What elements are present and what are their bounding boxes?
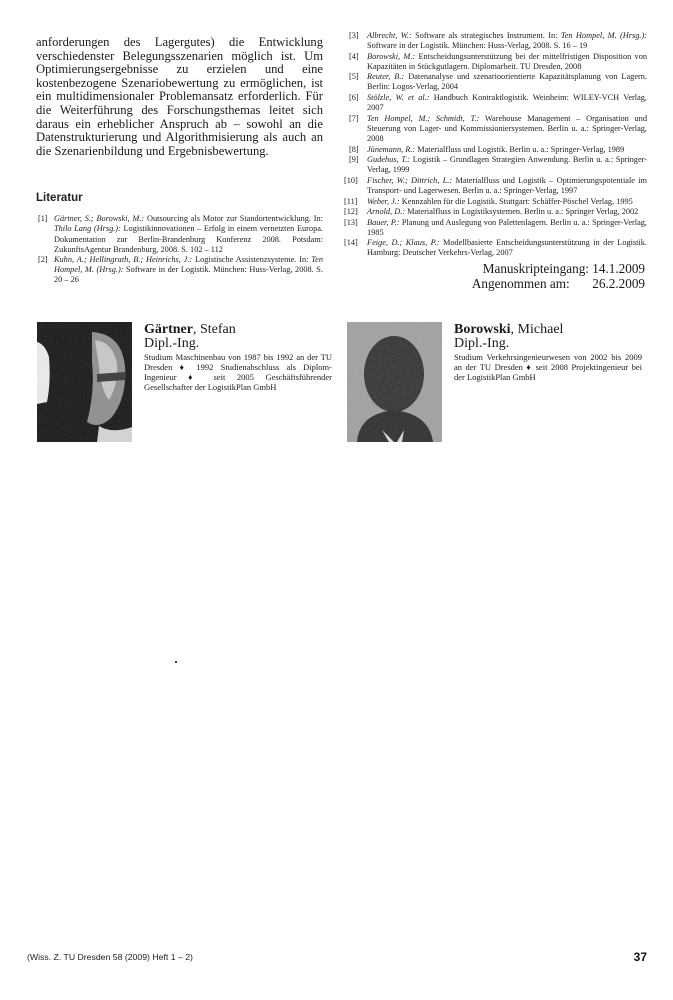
accepted-date: 26.2.2009	[573, 276, 645, 291]
reference-editor: Ten Hompel, M. (Hrsg.):	[561, 31, 647, 40]
reference-authors: Fischer, W.; Dittrich, L.:	[367, 176, 452, 185]
reference-authors: Arnold, D.:	[367, 207, 405, 216]
reference-item: [14]Feige, D.; Klaus, P.: Modellbasierte…	[347, 238, 647, 258]
received-label: Manuskripteingang:	[483, 261, 589, 276]
reference-number: [13]	[344, 218, 358, 228]
reference-number: [5]	[349, 72, 359, 82]
reference-number: [3]	[349, 31, 359, 41]
scan-speck	[175, 661, 177, 663]
reference-number: [1]	[38, 214, 48, 224]
reference-authors: Weber, J.:	[367, 197, 400, 206]
reference-item: [10]Fischer, W.; Dittrich, L.: Materialf…	[347, 176, 647, 196]
author-photo	[37, 322, 132, 442]
reference-item: [3]Albrecht, W.: Software als strategisc…	[347, 31, 647, 51]
received-row: Manuskripteingang: 14.1.2009	[347, 261, 645, 276]
reference-list-right: [3]Albrecht, W.: Software als strategisc…	[347, 31, 647, 259]
reference-editor: Thilo Lang (Hrsg.):	[54, 224, 121, 233]
author-photo	[347, 322, 442, 442]
reference-title: Materialfluss in Logistiksystemen. Berli…	[405, 207, 638, 216]
reference-item: [7]Ten Hompel, M.; Schmidt, T.: Warehous…	[347, 114, 647, 144]
reference-authors: Feige, D.; Klaus, P.:	[367, 238, 440, 247]
reference-number: [6]	[349, 93, 359, 103]
body-paragraph: anforderungen des Lagergutes) die Entwic…	[36, 36, 323, 158]
reference-authors: Borowski, M.:	[367, 52, 415, 61]
author-given-name: , Michael	[511, 322, 564, 337]
reference-source: Software in der Logistik. München: Huss-…	[367, 41, 587, 50]
author-card: Gärtner, Stefan Dipl.-Ing. Studium Masch…	[37, 322, 337, 442]
reference-item: [9]Gudehus, T.: Logistik – Grundlagen St…	[347, 155, 647, 175]
reference-number: [4]	[349, 52, 359, 62]
author-surname: Borowski	[454, 322, 511, 337]
author-given-name: , Stefan	[193, 322, 236, 337]
reference-number: [2]	[38, 255, 48, 265]
reference-authors: Albrecht, W.:	[367, 31, 412, 40]
portrait-icon	[347, 322, 442, 442]
reference-number: [9]	[349, 155, 359, 165]
reference-authors: Stölzle, W. et al.:	[367, 93, 430, 102]
journal-citation: (Wiss. Z. TU Dresden 58 (2009) Heft 1 – …	[27, 952, 193, 962]
manuscript-dates: Manuskripteingang: 14.1.2009 Angenommen …	[347, 261, 647, 291]
reference-authors: Reuter, B.:	[367, 72, 404, 81]
reference-authors: Jünemann, R.:	[367, 145, 415, 154]
reference-title: Outsourcing als Motor zur Standortentwic…	[144, 214, 323, 223]
author-surname: Gärtner	[144, 322, 193, 337]
reference-number: [8]	[349, 145, 359, 155]
author-bio: Borowski, Michael Dipl.-Ing. Studium Ver…	[454, 322, 642, 382]
reference-item: [12]Arnold, D.: Materialfluss in Logisti…	[347, 207, 647, 217]
author-name: Gärtner, Stefan	[144, 322, 332, 337]
reference-number: [10]	[344, 176, 358, 186]
reference-authors: Kuhn, A.; Hellingrath, B.; Heinrichs, J.…	[54, 255, 192, 264]
reference-authors: Bauer, P.:	[367, 218, 400, 227]
reference-item: [8]Jünemann, R.: Materialfluss und Logis…	[347, 145, 647, 155]
reference-item: [1]Gärtner, S.; Borowski, M.: Outsourcin…	[36, 214, 323, 254]
left-column: anforderungen des Lagergutes) die Entwic…	[36, 36, 323, 286]
reference-number: [12]	[344, 207, 358, 217]
accepted-label: Angenommen am:	[472, 276, 570, 291]
reference-item: [4]Borowski, M.: Entscheidungsunterstütz…	[347, 52, 647, 72]
author-description: Studium Maschinenbau von 1987 bis 1992 a…	[144, 352, 332, 392]
reference-item: [11]Weber, J.: Kennzahlen für die Logist…	[347, 197, 647, 207]
right-column: [3]Albrecht, W.: Software als strategisc…	[347, 31, 647, 291]
references-heading: Literatur	[36, 192, 323, 204]
reference-title: Datenanalyse und szenarioorientierte Kap…	[367, 72, 647, 91]
reference-title: Kennzahlen für die Logistik. Stuttgart: …	[400, 197, 633, 206]
reference-list-left: [1]Gärtner, S.; Borowski, M.: Outsourcin…	[36, 214, 323, 285]
author-name: Borowski, Michael	[454, 322, 642, 337]
reference-item: [5]Reuter, B.: Datenanalyse und szenario…	[347, 72, 647, 92]
reference-item: [2]Kuhn, A.; Hellingrath, B.; Heinrichs,…	[36, 255, 323, 285]
page-number: 37	[634, 950, 647, 964]
author-degree: Dipl.-Ing.	[454, 337, 642, 351]
author-bio: Gärtner, Stefan Dipl.-Ing. Studium Masch…	[144, 322, 332, 392]
reference-title: Logistische Assistenzsysteme. In:	[192, 255, 311, 264]
received-date: 14.1.2009	[592, 261, 645, 276]
page-footer: (Wiss. Z. TU Dresden 58 (2009) Heft 1 – …	[27, 952, 647, 968]
reference-authors: Gudehus, T.:	[367, 155, 410, 164]
accepted-row: Angenommen am: 26.2.2009	[347, 276, 645, 291]
portrait-icon	[37, 322, 132, 442]
reference-title: Planung und Auslegung von Palettenlagern…	[367, 218, 647, 237]
reference-number: [11]	[344, 197, 358, 207]
reference-title: Materialfluss und Logistik. Berlin u. a.…	[415, 145, 624, 154]
author-degree: Dipl.-Ing.	[144, 337, 332, 351]
reference-title: Software als strategisches Instrument. I…	[412, 31, 561, 40]
reference-number: [14]	[344, 238, 358, 248]
reference-item: [6]Stölzle, W. et al.: Handbuch Kontrakt…	[347, 93, 647, 113]
reference-authors: Gärtner, S.; Borowski, M.:	[54, 214, 144, 223]
author-card: Borowski, Michael Dipl.-Ing. Studium Ver…	[347, 322, 647, 442]
reference-number: [7]	[349, 114, 359, 124]
reference-authors: Ten Hompel, M.; Schmidt, T.:	[367, 114, 479, 123]
reference-item: [13]Bauer, P.: Planung und Auslegung von…	[347, 218, 647, 238]
author-description: Studium Verkehrsingenieurwesen von 2002 …	[454, 352, 642, 382]
